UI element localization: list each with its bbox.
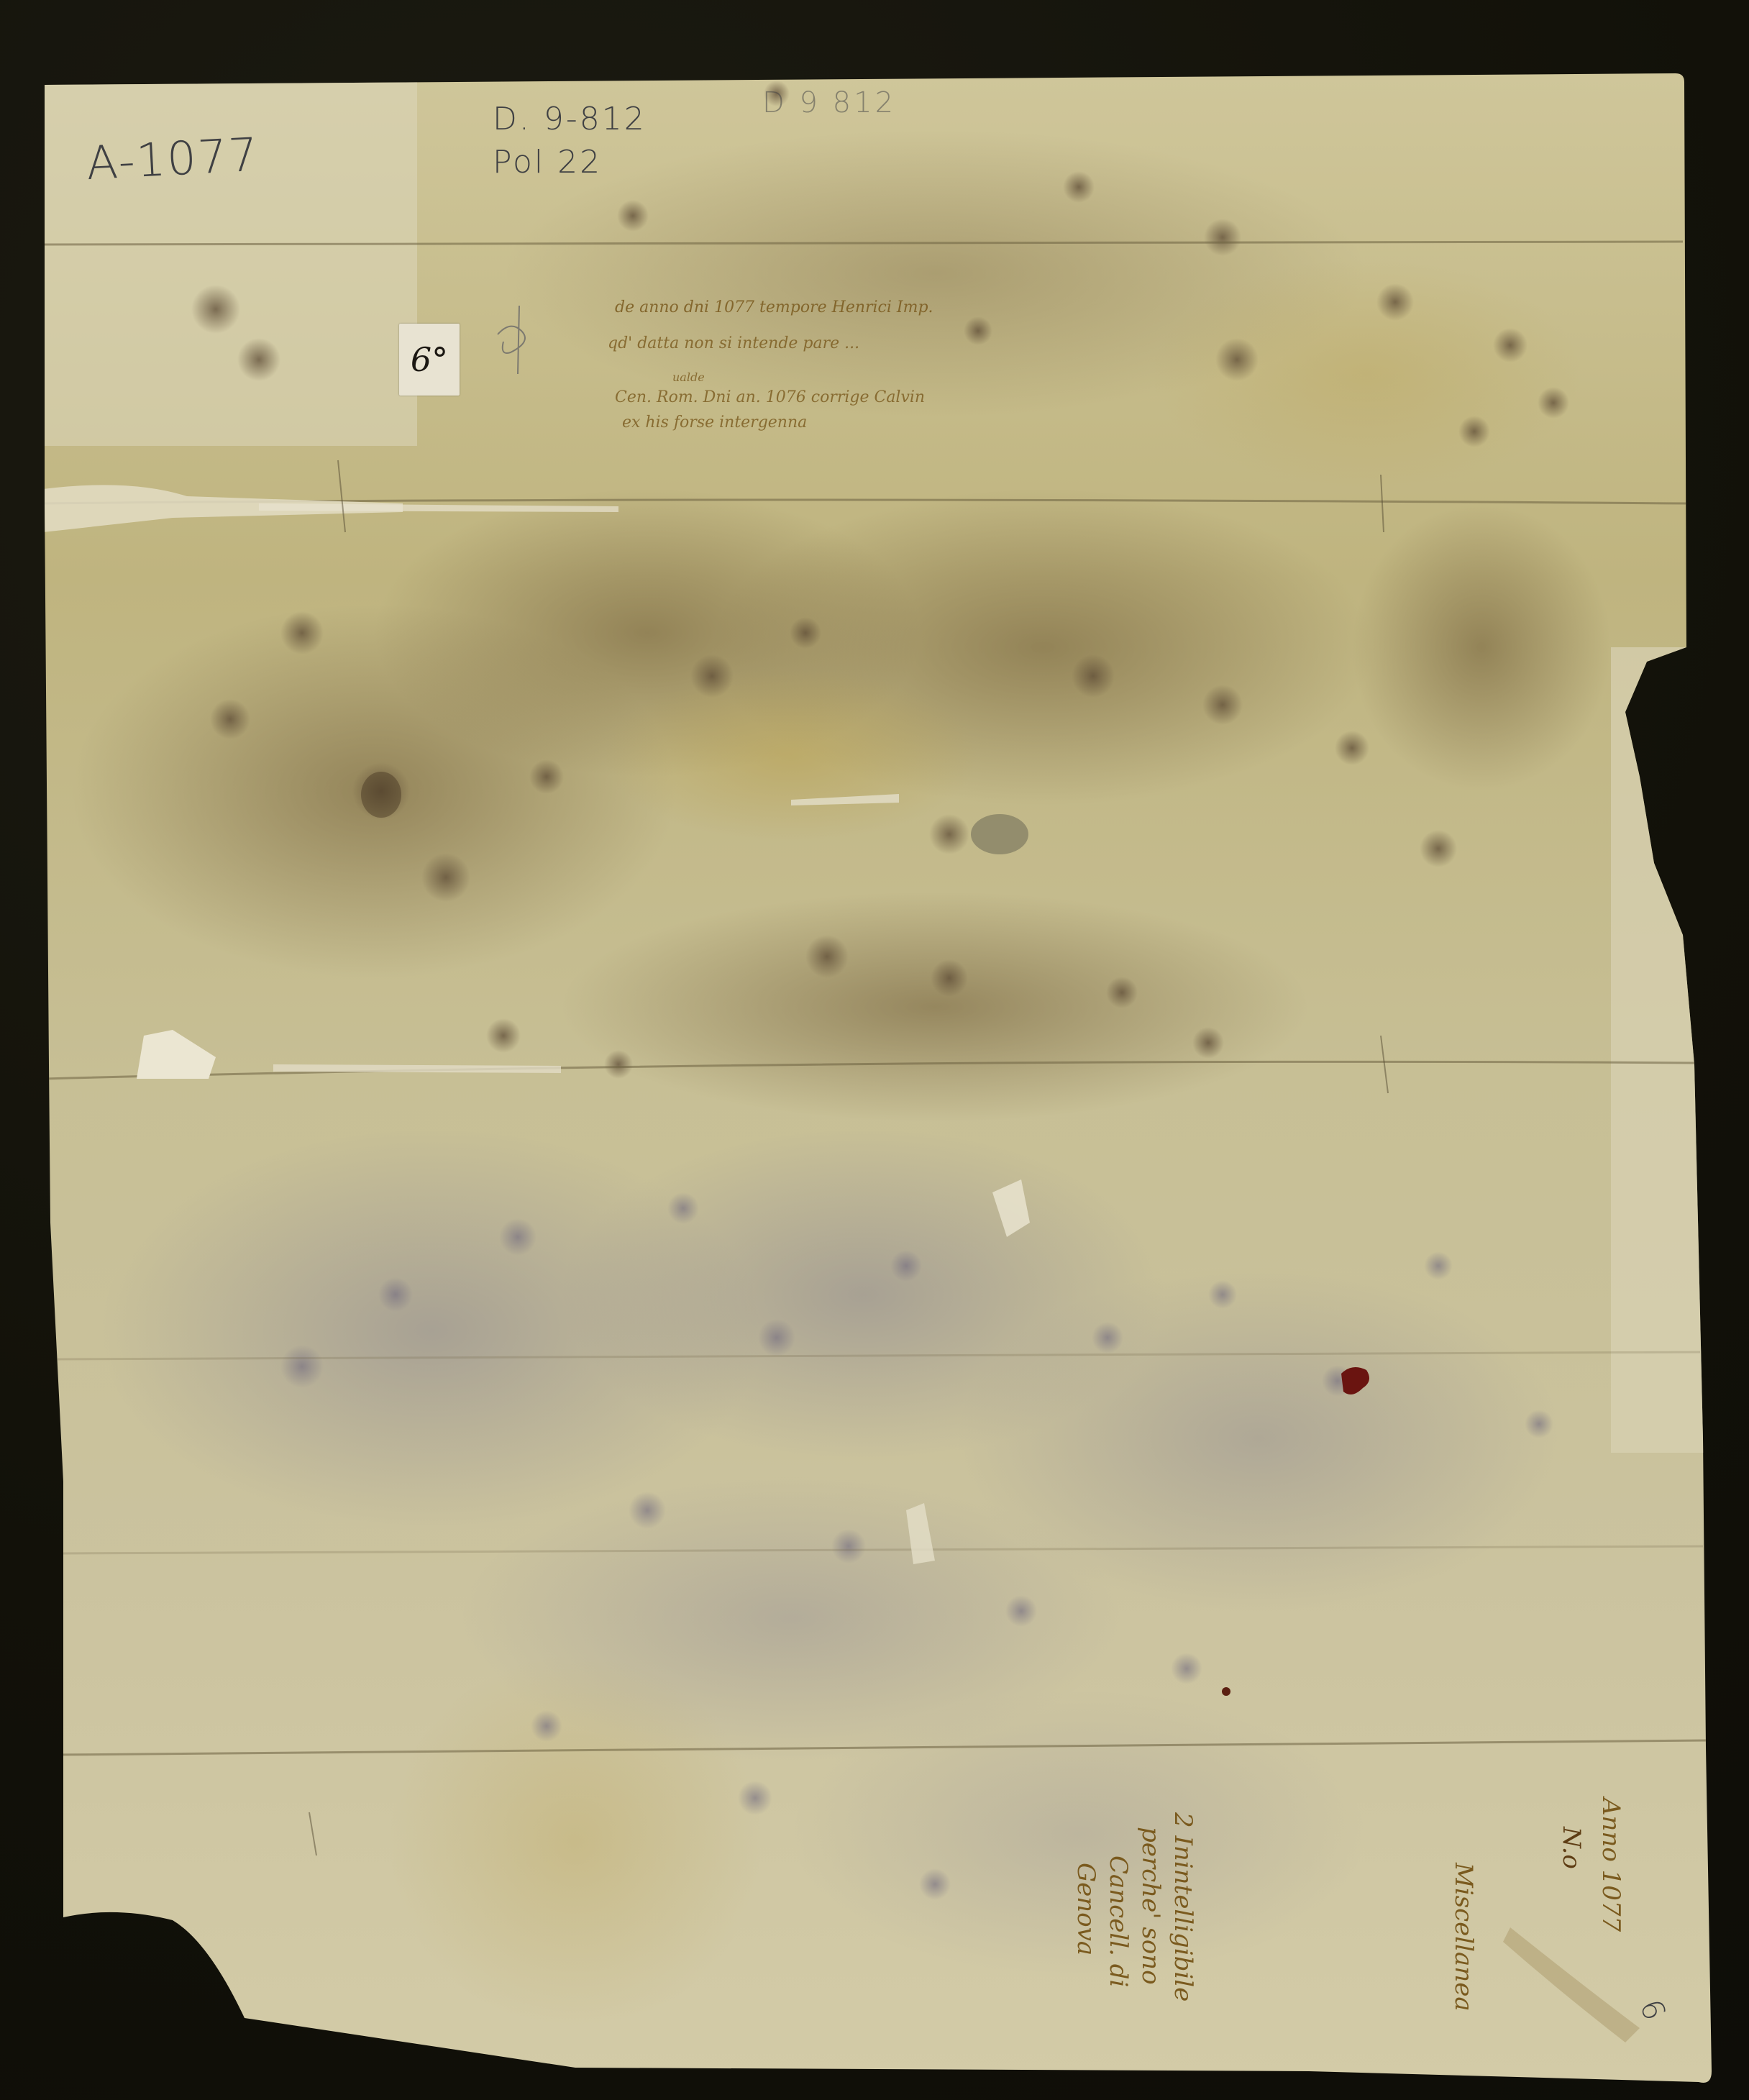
bottom-note-col-3: perche' sono	[1136, 1827, 1165, 1985]
shelfmark-top-center-2: Pol 22	[493, 144, 602, 181]
bottom-note-miscellanea: Miscellanea	[1449, 1863, 1478, 2012]
label-slip: 6°	[399, 324, 460, 396]
label-slip-number: 6°	[411, 340, 448, 379]
bottom-note-number: N.o	[1557, 1827, 1586, 1869]
dorsal-note-interlinear: ualde	[672, 370, 705, 384]
bottom-note-col-2: Cancell. di	[1104, 1855, 1133, 1987]
dorsal-note-line: ex his forse intergenna	[622, 414, 807, 432]
dorsal-note-line: qd' datta non si intende pare ...	[608, 334, 859, 352]
bottom-note-col-1: Genova	[1072, 1863, 1100, 1955]
pencil-flourish-icon	[489, 302, 547, 381]
bottom-note-col-4: 2 Inintelligibile	[1169, 1812, 1197, 2001]
shelfmark-top-center-1: D. 9-812	[493, 101, 647, 137]
dorsal-note-line: de anno dni 1077 tempore Henrici Imp.	[615, 298, 933, 316]
shelfmark-top-left: A-1077	[85, 129, 260, 191]
dorsal-note-line: Cen. Rom. Dni an. 1076 corrige Calvin	[615, 388, 925, 406]
bottom-note-year: Anno 1077	[1597, 1798, 1625, 1932]
shelfmark-faint: D 9 812	[762, 86, 896, 119]
